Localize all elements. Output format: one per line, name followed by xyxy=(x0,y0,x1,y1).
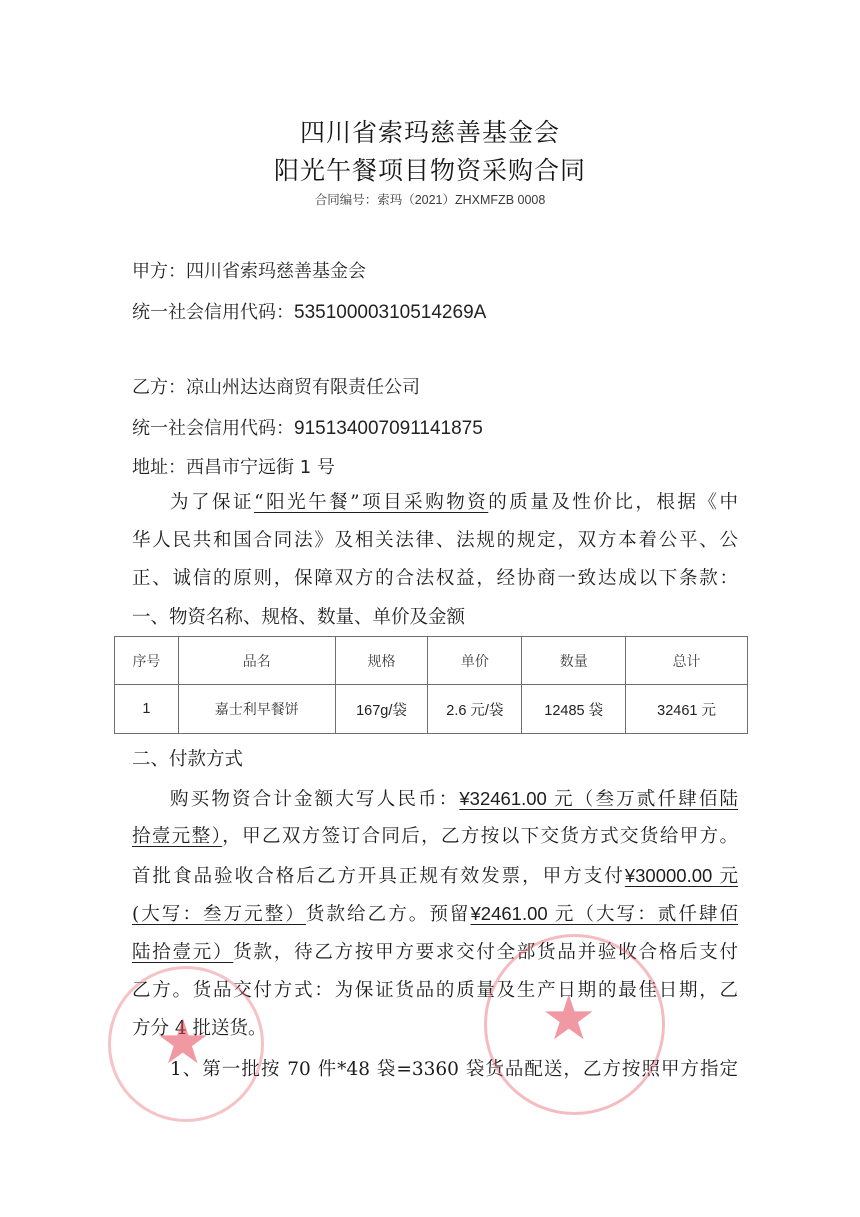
payment-line-4: (大写：叁万元整）货款给乙方。预留¥2461.00 元（大写：贰仟肆佰 xyxy=(132,895,738,935)
total-amount-underlined: ¥32461.00 元（叁万贰仟肆佰陆 xyxy=(459,788,738,809)
preamble-text: 为了保证 xyxy=(170,492,254,513)
total-amount-words-underlined: 拾壹元整） xyxy=(132,826,222,847)
table-header-cell: 总计 xyxy=(626,637,748,685)
table-header-cell: 序号 xyxy=(115,637,179,685)
table-cell-total: 32461 元 xyxy=(626,685,748,734)
payment-line-7: 方分 4 批送货。 xyxy=(132,1010,738,1049)
party-b-credit-label: 统一社会信用代码： xyxy=(132,418,294,439)
section-2-heading: 二、付款方式 xyxy=(132,741,738,780)
table-header-cell: 规格 xyxy=(335,637,428,685)
delivery-item-1: 1、第一批按 70 件*48 袋=3360 袋货品配送，乙方按照甲方指定 xyxy=(132,1051,738,1090)
payment-line-6: 乙方。货品交付方式：为保证货品的质量及生产日期的最佳日期，乙 xyxy=(132,972,738,1011)
table-header-row: 序号 品名 规格 单价 数量 总计 xyxy=(115,637,748,685)
payment-text: 货款，待乙方按甲方要求交付全部货品并验收合格后支付 xyxy=(233,942,738,963)
table-cell-unit-price: 2.6 元/袋 xyxy=(428,685,522,734)
document-title-contract: 阳光午餐项目物资采购合同 xyxy=(0,151,860,187)
contract-number: 合同编号：索玛（2021）ZHXMFZB 0008 xyxy=(0,190,860,208)
payment-text: 购买物资合计金额大写人民币： xyxy=(170,789,459,810)
party-b-address-line: 地址：西昌市宁远街 1 号 xyxy=(132,453,335,479)
payment-text: ，甲乙双方签订合同后，乙方按以下交货方式交货给甲方。 xyxy=(222,826,738,847)
table-header-cell: 品名 xyxy=(178,637,335,685)
delivery-item-text: 1、第一批按 70 件*48 袋=3360 袋货品配送，乙方按照甲方指定 xyxy=(170,1059,738,1080)
party-a-credit-line: 统一社会信用代码：53510000310514269A xyxy=(132,298,486,324)
table-header-cell: 单价 xyxy=(428,637,522,685)
document-title-org: 四川省索玛慈善基金会 xyxy=(0,113,860,149)
party-b-name: 凉山州达达商贸有限责任公司 xyxy=(186,377,420,398)
party-b-credit-line: 统一社会信用代码：915134007091141875 xyxy=(132,414,483,440)
table-cell-index: 1 xyxy=(115,685,179,734)
party-b-address-label: 地址： xyxy=(132,457,186,478)
payment-line-5: 陆拾壹元）货款，待乙方按甲方要求交付全部货品并验收合格后支付 xyxy=(132,934,738,973)
party-b-label: 乙方： xyxy=(132,377,186,398)
party-a-credit-label: 统一社会信用代码： xyxy=(132,302,294,323)
payment-line-2: 拾壹元整），甲乙双方签订合同后，乙方按以下交货方式交货给甲方。 xyxy=(132,818,738,857)
party-a-name-line: 甲方：四川省索玛慈善基金会 xyxy=(132,257,366,283)
preamble-text: 的质量及性价比，根据《中 xyxy=(488,492,738,513)
goods-table: 序号 品名 规格 单价 数量 总计 1 嘉士利早餐饼 167g/袋 2.6 元/… xyxy=(114,636,748,734)
contract-number-label: 合同编号： xyxy=(315,193,378,207)
payment-text: 货款给乙方。预留 xyxy=(306,904,471,925)
party-a-credit-code: 53510000310514269A xyxy=(294,302,486,323)
retention-amount-words-underlined: 陆拾壹元） xyxy=(132,942,233,963)
preamble-line-2: 华人民共和国合同法》及相关法律、法规的规定，双方本着公平、公 xyxy=(132,522,738,561)
party-a-name: 四川省索玛慈善基金会 xyxy=(186,261,366,282)
first-payment-underlined: ¥30000.00 元 xyxy=(625,865,738,886)
table-cell-quantity: 12485 袋 xyxy=(522,685,626,734)
party-a-label: 甲方： xyxy=(132,261,186,282)
payment-text: 首批食品验收合格后乙方开具正规有效发票，甲方支付 xyxy=(132,866,625,887)
section-1-heading: 一、物资名称、规格、数量、单价及金额 xyxy=(132,599,738,638)
preamble-underlined-project: “阳光午餐”项目采购物资 xyxy=(254,492,488,513)
payment-line-3: 首批食品验收合格后乙方开具正规有效发票，甲方支付¥30000.00 元 xyxy=(132,857,738,897)
payment-line-1: 购买物资合计金额大写人民币：¥32461.00 元（叁万贰仟肆佰陆 xyxy=(132,780,738,820)
contract-page: 四川省索玛慈善基金会 阳光午餐项目物资采购合同 合同编号：索玛（2021）ZHX… xyxy=(0,0,860,1217)
retention-amount-underlined: ¥2461.00 元（大写：贰仟肆佰 xyxy=(471,903,738,924)
party-b-credit-code: 915134007091141875 xyxy=(294,418,483,439)
party-b-name-line: 乙方：凉山州达达商贸有限责任公司 xyxy=(132,373,420,399)
preamble-line-3: 正、诚信的原则，保障双方的合法权益，经协商一致达成以下条款： xyxy=(132,560,738,599)
table-header-cell: 数量 xyxy=(522,637,626,685)
preamble-line-1: 为了保证“阳光午餐”项目采购物资的质量及性价比，根据《中 xyxy=(132,484,738,523)
table-cell-product: 嘉士利早餐饼 xyxy=(178,685,335,734)
party-b-address: 西昌市宁远街 1 号 xyxy=(186,457,335,478)
table-row: 1 嘉士利早餐饼 167g/袋 2.6 元/袋 12485 袋 32461 元 xyxy=(115,685,748,734)
table-cell-spec: 167g/袋 xyxy=(335,685,428,734)
first-payment-words-underlined: (大写：叁万元整） xyxy=(132,904,306,925)
contract-number-value: 索玛（2021）ZHXMFZB 0008 xyxy=(377,193,545,207)
